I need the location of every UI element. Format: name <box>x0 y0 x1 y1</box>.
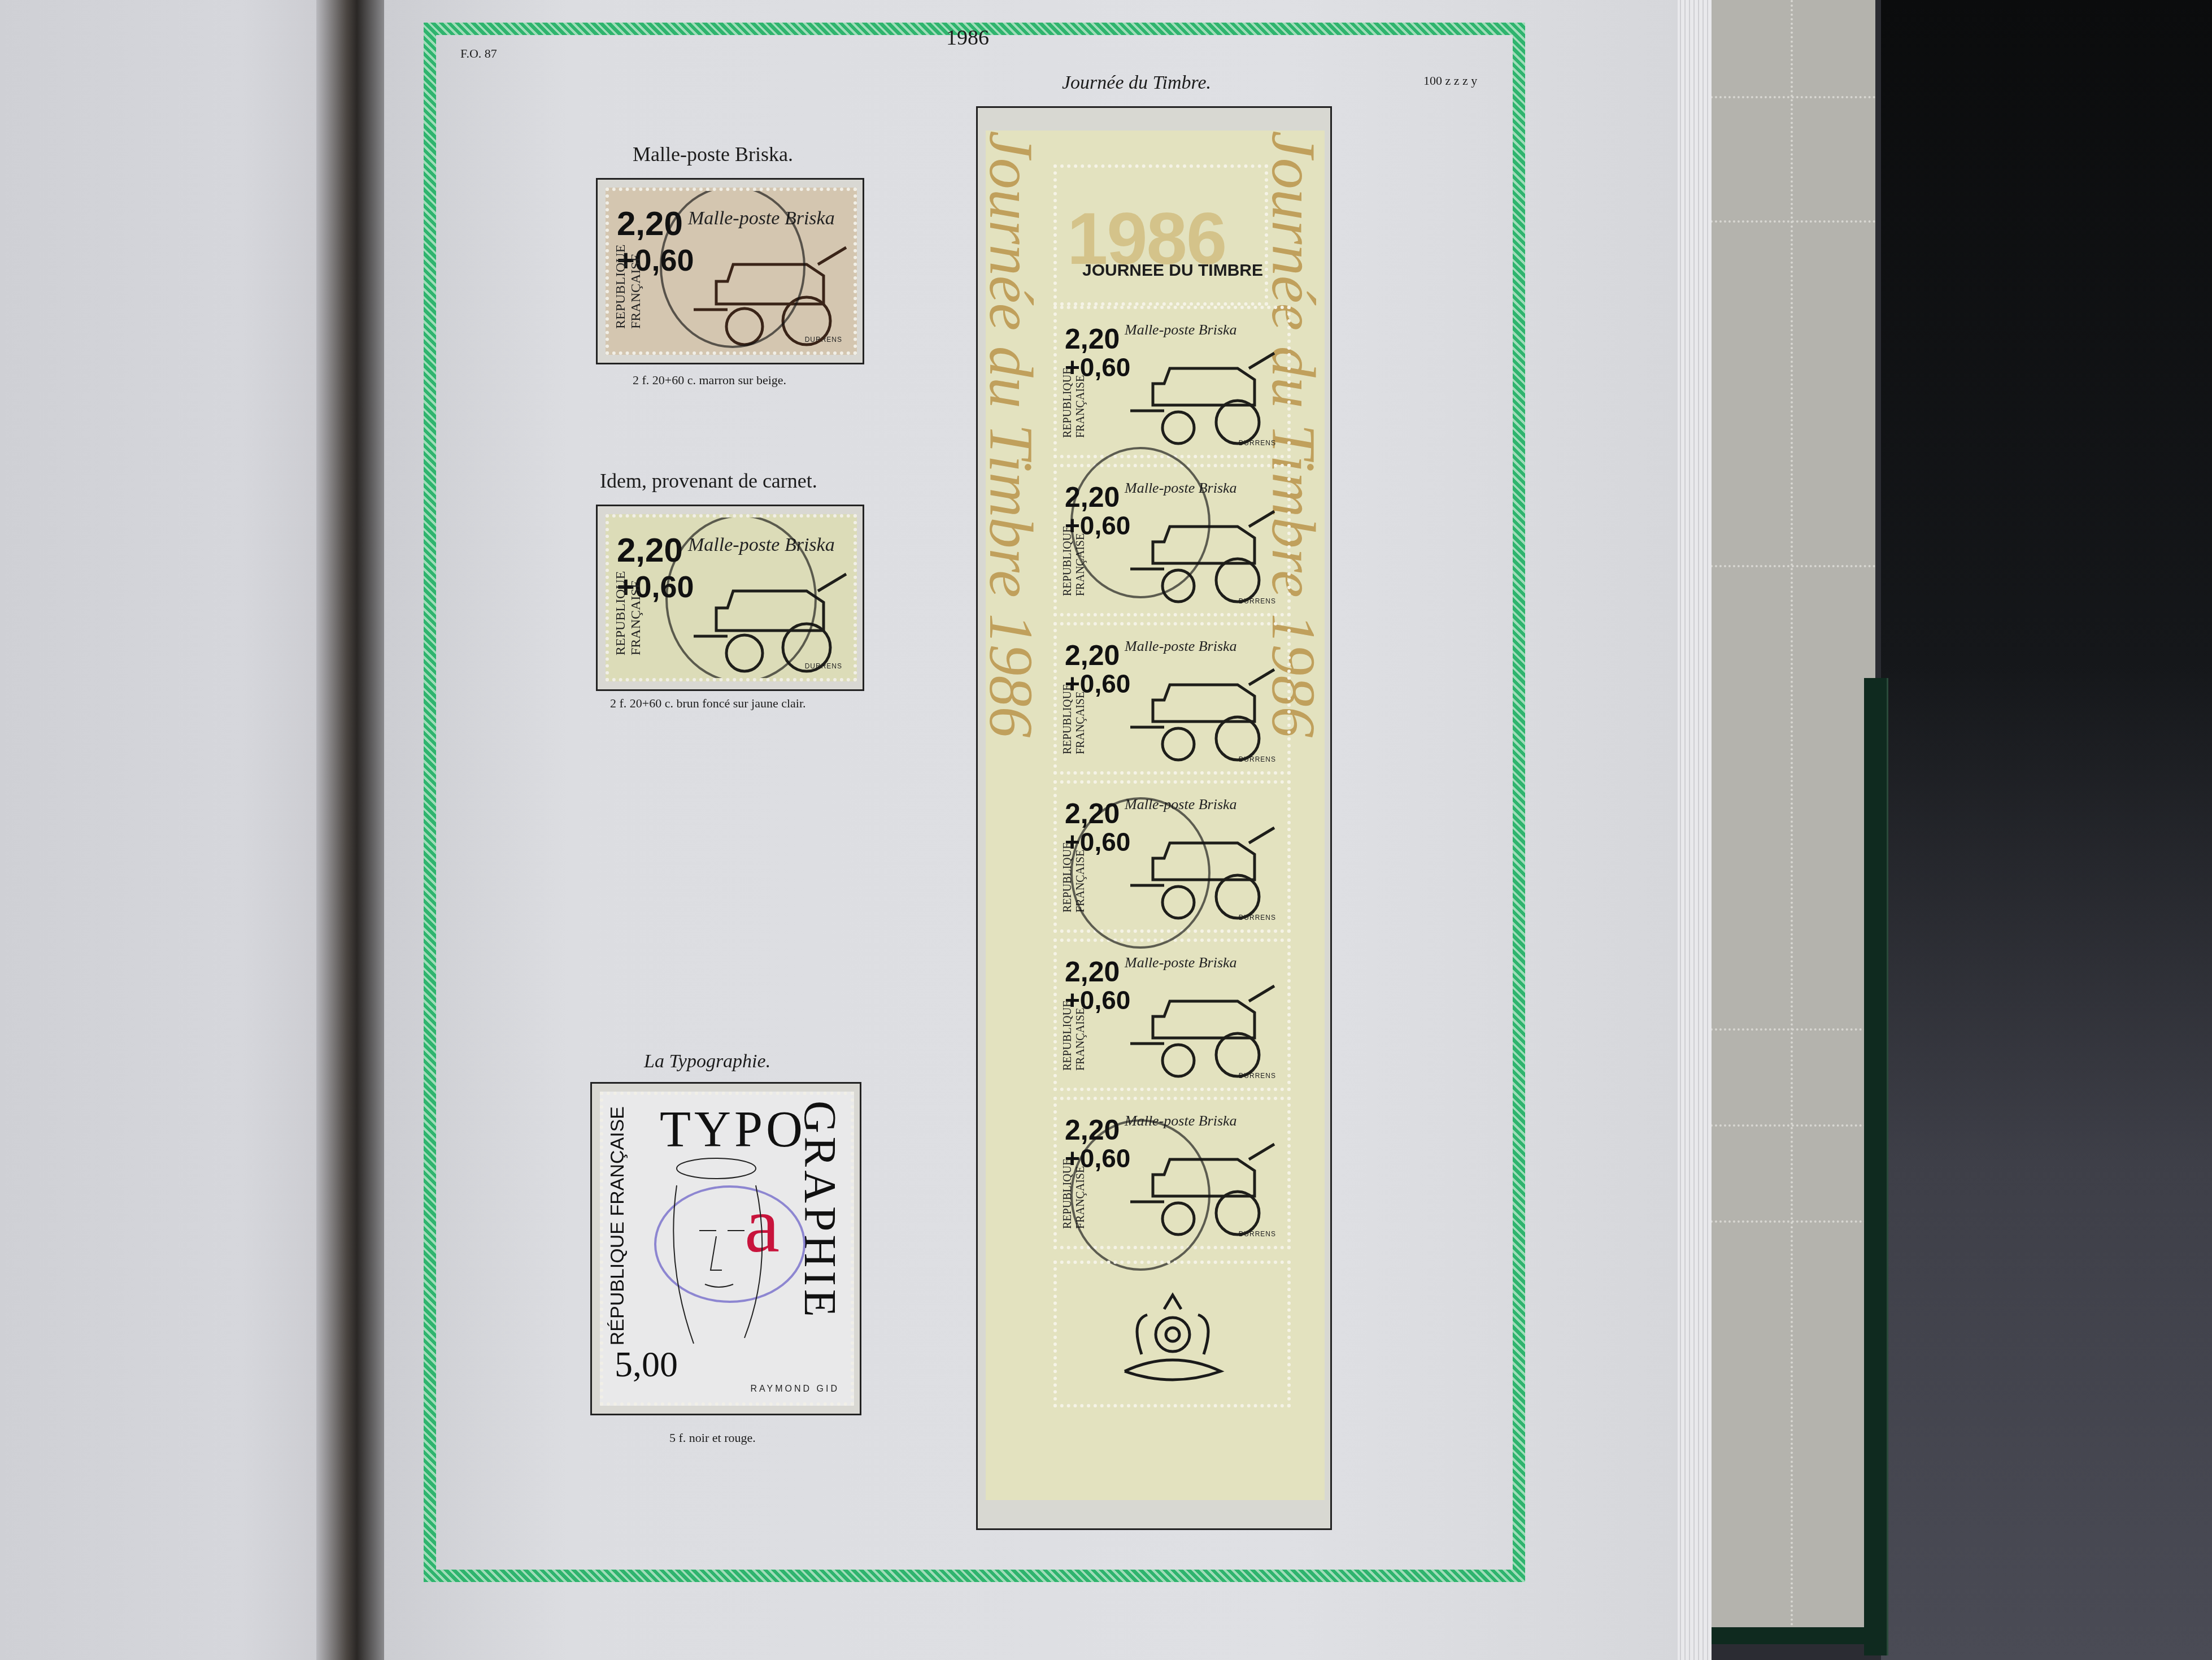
coat-of-arms-icon <box>1119 1287 1226 1388</box>
section-title-carnet: Idem, provenant de carnet. <box>600 469 817 493</box>
left-blank-page <box>0 0 345 1660</box>
stamp-typographie: TYPO GRAPHIE RÉPUBLIQUE FRANÇAISE a 5,00… <box>600 1092 854 1406</box>
stamp-country: REPUBLIQUE FRANÇAISE <box>613 518 644 655</box>
booklet-side-script-left: Journée du Timbre 1986 <box>986 131 1042 1500</box>
booklet-stamp: 2,20+0,60Malle-poste BriskaREPUBLIQUE FR… <box>1053 306 1291 458</box>
booklet-coat-of-arms-pane <box>1053 1261 1291 1407</box>
page-year: 1986 <box>946 25 989 50</box>
typo-value: 5,00 <box>615 1344 678 1385</box>
underlying-stock-page <box>1706 0 1875 1627</box>
typo-word-top: TYPO <box>660 1101 806 1159</box>
postmark-icon <box>1070 1119 1210 1271</box>
stamp-design-title: Malle-poste Briska <box>1125 638 1237 655</box>
booklet-label-text: JOURNEE DU TIMBRE <box>1082 261 1263 280</box>
section-title-briska: Malle-poste Briska. <box>633 142 793 166</box>
section-title-booklet: Journée du Timbre. <box>1062 72 1211 94</box>
booklet-label: 1986 JOURNEE DU TIMBRE <box>1053 164 1268 306</box>
caption-briska: 2 f. 20+60 c. marron sur beige. <box>633 373 786 388</box>
stamp-country: REPUBLIQUE FRANÇAISE <box>1061 625 1087 754</box>
caption-typographie: 5 f. noir et rouge. <box>669 1431 756 1445</box>
stamp-mount-typographie: TYPO GRAPHIE RÉPUBLIQUE FRANÇAISE a 5,00… <box>590 1082 861 1415</box>
stamp-country: RÉPUBLIQUE FRANÇAISE <box>607 1106 629 1345</box>
postmark-icon <box>660 188 805 348</box>
carriage-illustration-icon <box>1130 981 1277 1083</box>
stamp-carnet: 2,20 +0,60 Malle-poste Briska REPUBLIQUE… <box>606 514 857 681</box>
page-edges <box>1672 0 1712 1660</box>
stamp-briska: 2,20 +0,60 Malle-poste Briska REPUBLIQUE… <box>606 188 857 355</box>
typo-word-side: GRAPHIE <box>794 1101 845 1320</box>
carriage-illustration-icon <box>1130 665 1277 767</box>
caption-carnet: 2 f. 20+60 c. brun foncé sur jaune clair… <box>610 696 806 711</box>
book-gutter <box>316 0 384 1660</box>
stamp-design-title: Malle-poste Briska <box>1125 321 1237 338</box>
stamp-country: REPUBLIQUE FRANÇAISE <box>613 191 644 329</box>
booklet-stamp: 2,20+0,60Malle-poste BriskaREPUBLIQUE FR… <box>1053 622 1291 775</box>
booklet-mount: Journée du Timbre 1986 Journée du Timbre… <box>976 106 1332 1530</box>
stamp-country: REPUBLIQUE FRANÇAISE <box>1061 942 1087 1071</box>
book-cover-green <box>1864 678 1888 1655</box>
greek-key-border <box>424 23 1525 1582</box>
stamp-country: REPUBLIQUE FRANÇAISE <box>1061 309 1087 438</box>
portrait-line-drawing-icon <box>648 1151 795 1355</box>
booklet-stamp: 2,20+0,60Malle-poste BriskaREPUBLIQUE FR… <box>1053 938 1291 1091</box>
book-cover-bottom <box>1689 1627 1887 1644</box>
desk-surface <box>1881 0 2212 1660</box>
stamp-mount-briska: 2,20 +0,60 Malle-poste Briska REPUBLIQUE… <box>596 178 864 364</box>
page-code-right: 100 z z z y <box>1423 73 1477 88</box>
postmark-icon <box>665 515 817 681</box>
stamp-designer: RAYMOND GID <box>751 1384 839 1394</box>
page-code-left: F.O. 87 <box>460 46 497 61</box>
stamp-mount-carnet: 2,20 +0,60 Malle-poste Briska REPUBLIQUE… <box>596 505 864 691</box>
section-title-typographie: La Typographie. <box>644 1051 770 1072</box>
booklet-pane: Journée du Timbre 1986 Journée du Timbre… <box>986 131 1325 1500</box>
stamp-design-title: Malle-poste Briska <box>1125 954 1237 971</box>
carriage-illustration-icon <box>1130 349 1277 450</box>
postmark-icon <box>1070 797 1210 949</box>
postmark-icon <box>1070 447 1210 598</box>
